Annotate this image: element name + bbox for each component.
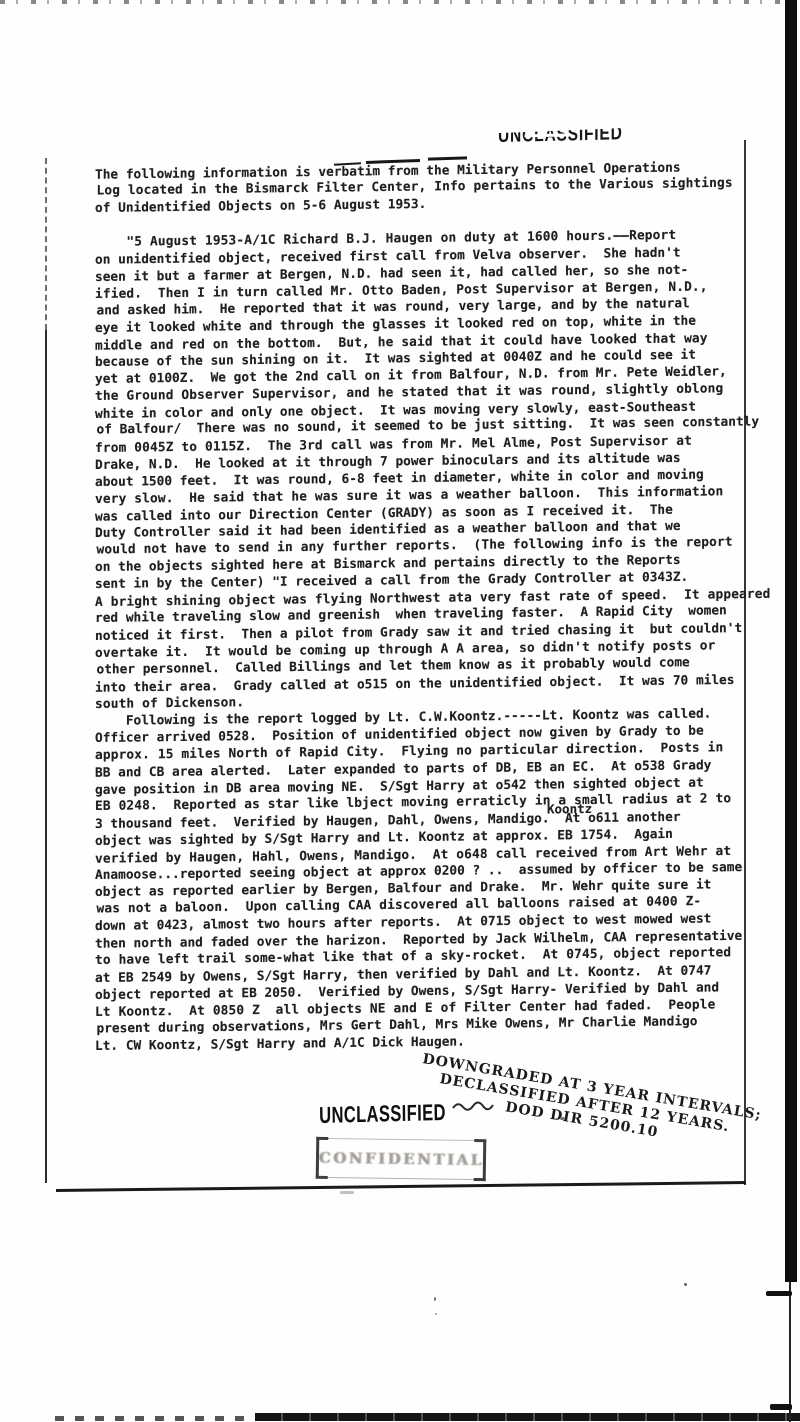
scanned-document-page: UNCLASSIFIED Koontz The following inform… xyxy=(0,0,800,1422)
scan-tick-mark xyxy=(770,1404,792,1410)
koontz-handwritten-insert: Koontz xyxy=(547,801,592,817)
stamp-confidential: CONFIDENTIAL xyxy=(318,1138,485,1180)
scan-smudge xyxy=(560,1117,565,1120)
scan-smudge xyxy=(340,1191,354,1194)
scan-edge-bottom-left xyxy=(55,1416,265,1421)
scribble-stroke xyxy=(428,156,467,160)
scan-tick-mark xyxy=(766,1291,792,1296)
scan-speckle xyxy=(684,1283,687,1286)
scan-edge-bottom-right xyxy=(255,1413,800,1421)
scan-speckle xyxy=(434,1297,436,1301)
stamp-unclassified-bottom: UNCLASSIFIED xyxy=(319,1100,446,1128)
stamp-unclassified-top: UNCLASSIFIED xyxy=(498,123,623,146)
stamp-confidential-text: CONFIDENTIAL xyxy=(318,1149,483,1169)
scan-edge-right-line xyxy=(789,1282,791,1422)
pen-squiggle-icon xyxy=(452,1099,494,1113)
page-border-left xyxy=(45,330,47,1183)
scan-edge-top xyxy=(0,0,800,4)
page-border-left-dashed xyxy=(45,158,47,330)
typed-text-block: Koontz The following information is verb… xyxy=(95,157,795,1054)
stamp-bracket-right xyxy=(474,1139,487,1181)
page-border-bottom xyxy=(56,1181,746,1192)
scan-speckle xyxy=(435,1313,437,1315)
